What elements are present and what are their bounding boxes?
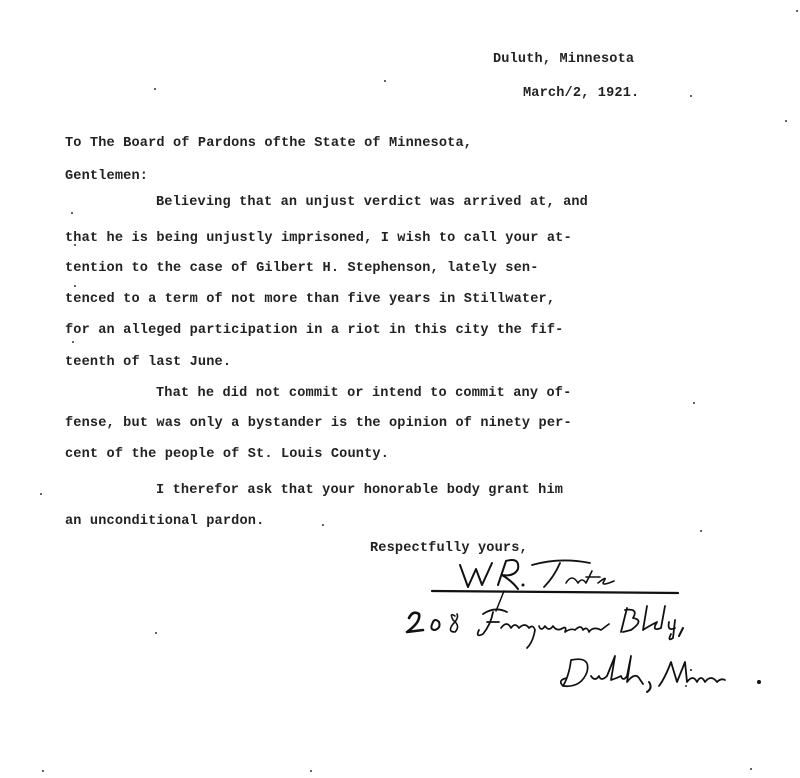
letter-addressee: To The Board of Pardons ofthe State of M… [65, 137, 472, 151]
scan-speck [693, 402, 695, 404]
body-line: That he did not commit or intend to comm… [156, 387, 571, 401]
letter-date: March/2, 1921. [523, 87, 639, 101]
letter-place: Duluth, Minnesota [493, 53, 634, 67]
handwritten-address [395, 598, 795, 708]
body-line: I therefor ask that your honorable body … [156, 484, 563, 498]
scan-speck [72, 341, 74, 343]
scan-speck [690, 95, 692, 97]
scan-speck [154, 88, 156, 90]
body-line: an unconditional pardon. [65, 515, 264, 529]
body-line: for an alleged participation in a riot i… [65, 324, 563, 338]
scan-speck [42, 770, 44, 772]
scan-speck [750, 768, 752, 770]
scan-speck [785, 120, 787, 122]
scan-speck [700, 530, 702, 532]
letter-closing: Respectfully yours, [370, 542, 528, 556]
scan-speck [384, 80, 386, 82]
letter-salutation: Gentlemen: [65, 170, 148, 184]
scan-speck [685, 685, 687, 687]
scan-speck [322, 524, 324, 526]
scan-speck [74, 285, 76, 287]
scan-speck [796, 10, 798, 12]
body-line: that he is being unjustly imprisoned, I … [65, 232, 572, 246]
scan-speck [71, 212, 73, 214]
scan-speck [40, 493, 42, 495]
scan-speck [310, 770, 312, 772]
scan-speck [155, 632, 157, 634]
body-line: Believing that an unjust verdict was arr… [156, 196, 588, 210]
body-line: tention to the case of Gilbert H. Stephe… [65, 262, 539, 276]
body-line: tenced to a term of not more than five y… [65, 293, 555, 307]
body-line: cent of the people of St. Louis County. [65, 448, 389, 462]
body-line: fense, but was only a bystander is the o… [65, 417, 572, 431]
body-line: teenth of last June. [65, 356, 231, 370]
scan-speck [74, 244, 76, 246]
letter-page: Duluth, Minnesota March/2, 1921. To The … [0, 0, 800, 778]
